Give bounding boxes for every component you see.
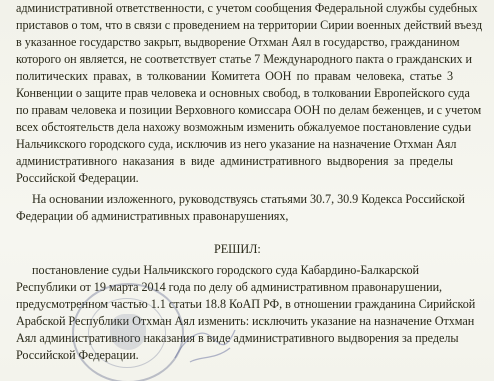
body-line: административной ответственности, с учет…: [16, 1, 453, 15]
decision-line: постановление судьи Нальчикского городск…: [32, 263, 419, 277]
body-line: административного наказания в виде админ…: [16, 154, 453, 168]
basis-line: На основании изложенного, руководствуясь…: [32, 192, 453, 206]
body-line: которого он является, не соответствует с…: [16, 52, 453, 66]
body-line: политических правах, в толковании Комите…: [16, 69, 453, 83]
body-line: всех обстоятельств дела нахожу возможным…: [16, 120, 453, 134]
signature-icon: [170, 318, 240, 368]
body-line: Российской Федерации.: [16, 171, 139, 185]
document-page: административной ответственности, с учет…: [0, 0, 494, 381]
basis-line: Федерации об административных правонаруш…: [16, 209, 288, 223]
body-line: в указанное государство закрыт, выдворен…: [16, 35, 453, 49]
body-line: Нальчикского городского суда, исключив и…: [16, 137, 453, 151]
decision-heading: РЕШИЛ:: [214, 242, 261, 256]
body-line: по правам человека и позиции Верховного …: [16, 103, 453, 117]
decision-line: Республики от 19 марта 2014 года по делу…: [16, 280, 442, 294]
body-line: Конвенции о защите прав человека и основ…: [16, 86, 453, 100]
body-line: приставов о том, что в связи с проведени…: [16, 18, 453, 32]
coat-of-arms-icon: [110, 314, 146, 350]
